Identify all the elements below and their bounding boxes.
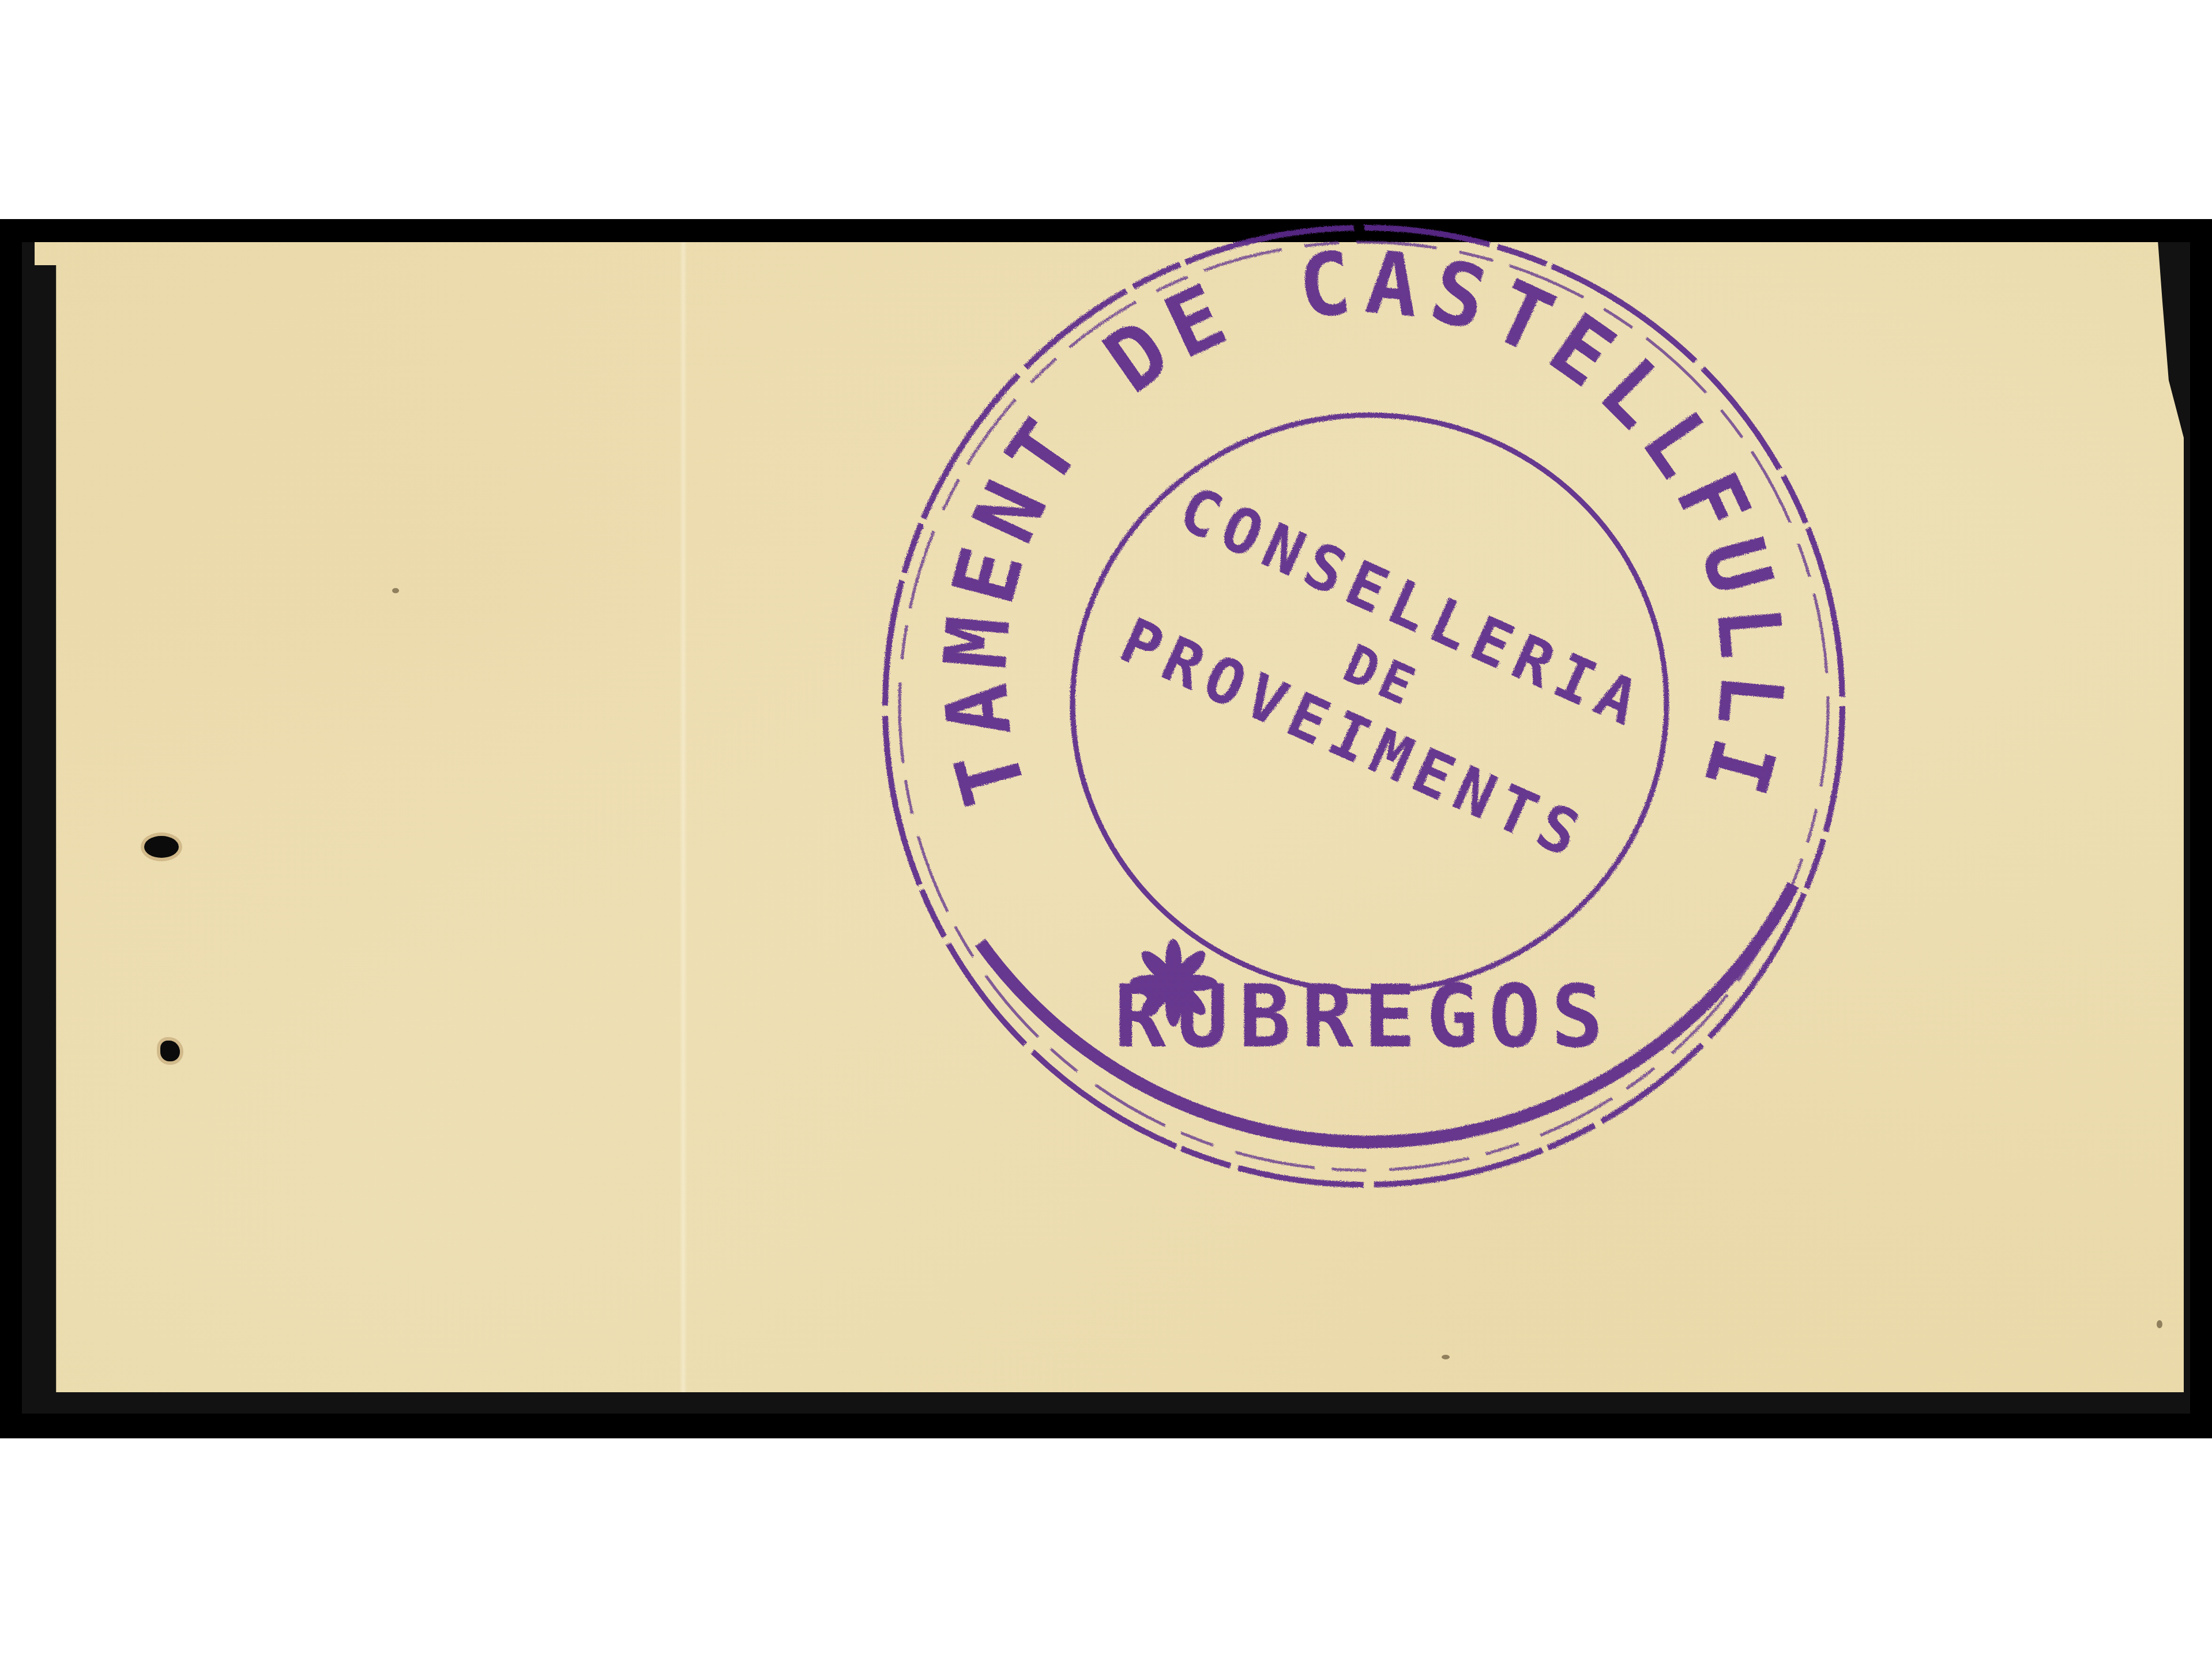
paper-fold-line: [679, 242, 687, 1392]
paper-speck: [392, 588, 399, 593]
punch-hole: [144, 836, 179, 858]
flower-ornament-icon: [1130, 939, 1217, 1027]
paper-speck: [1442, 1355, 1450, 1359]
municipal-stamp: AJUNTAMENT DE CASTELLFULLIT DE RUBREGOS …: [842, 124, 1891, 1173]
paper-speck: [2157, 1320, 2162, 1328]
perforated-edge: [22, 265, 45, 1389]
punch-hole: [160, 1041, 180, 1061]
